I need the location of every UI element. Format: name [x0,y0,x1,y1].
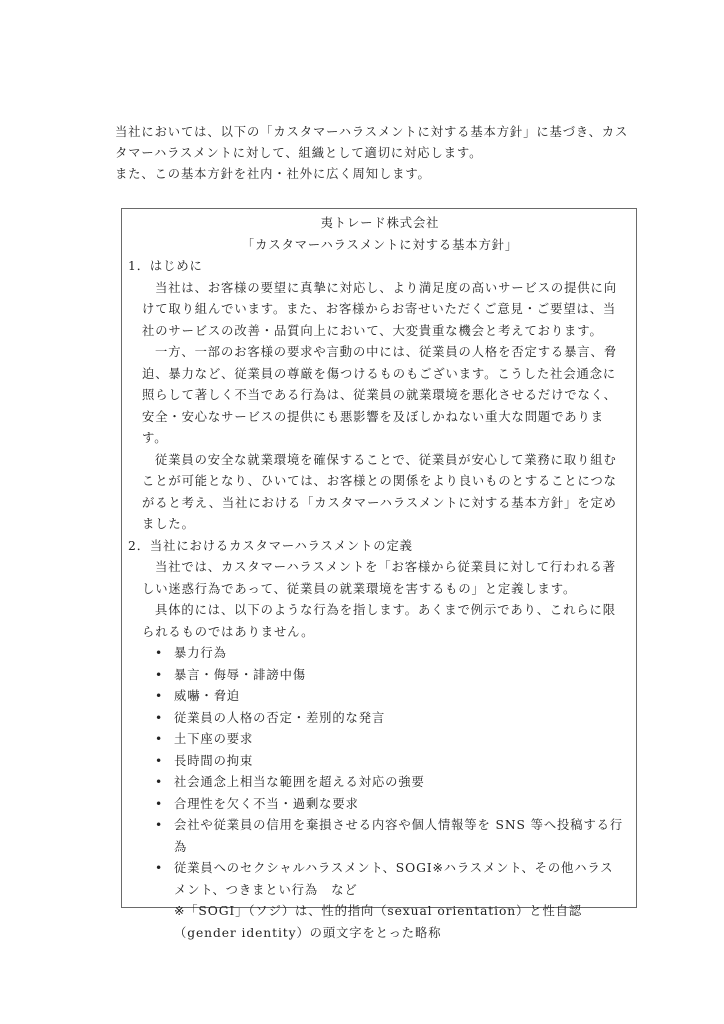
policy-title: 「カスタマーハラスメントに対する基本方針」 [122,235,638,257]
list-item-text: 暴力行為 [174,646,227,660]
bullet-icon: • [155,729,163,751]
company-name: 夷トレード株式会社 [122,213,638,235]
list-item: •長時間の拘束 [152,751,638,773]
list-item: •社会通念上相当な範囲を超える対応の強要 [152,772,638,794]
bullet-icon: • [155,751,163,773]
list-item-text: 暴言・侮辱・誹謗中傷 [174,668,306,682]
section-heading-definition: 2．当社におけるカスタマーハラスメントの定義 [122,536,638,558]
list-item-text: 長時間の拘束 [174,754,253,768]
list-item: •暴力行為 [152,643,638,665]
paragraph: 当社では、カスタマーハラスメントを「お客様から従業員に対して行われる著しい迷惑行… [122,557,638,600]
policy-box: 夷トレード株式会社 「カスタマーハラスメントに対する基本方針」 1．はじめに 当… [121,208,637,908]
list-item-text: 威嚇・脅迫 [174,689,240,703]
list-item-text: 土下座の要求 [174,732,253,746]
bullet-icon: • [155,858,163,880]
bullet-icon: • [155,686,163,708]
list-item-text: 会社や従業員の信用を棄損させる内容や個人情報等を SNS 等へ投稿する行為 [174,818,623,854]
list-item: •土下座の要求 [152,729,638,751]
list-item: •従業員へのセクシャルハラスメント、SOGI※ハラスメント、その他ハラスメント、… [152,858,638,901]
paragraph: 具体的には、以下のような行為を指します。あくまで例示であり、これらに限られるもの… [122,600,638,643]
bullet-icon: • [155,665,163,687]
bullet-icon: • [155,815,163,837]
list-item-text: 社会通念上相当な範囲を超える対応の強要 [174,775,425,789]
paragraph: 当社は、お客様の要望に真摯に対応し、より満足度の高いサービスの提供に向けて取り組… [122,278,638,343]
list-item: •威嚇・脅迫 [152,686,638,708]
section-heading-introduction: 1．はじめに [122,256,638,278]
bullet-icon: • [155,772,163,794]
bullet-icon: • [155,794,163,816]
list-item-text: 従業員へのセクシャルハラスメント、SOGI※ハラスメント、その他ハラスメント、つ… [174,861,613,897]
bullet-icon: • [155,643,163,665]
bullet-icon: • [155,708,163,730]
intro-text: 当社においては、以下の「カスタマーハラスメントに対する基本方針」に基づき、カスタ… [115,122,635,185]
intro-line: また、この基本方針を社内・社外に広く周知します。 [115,164,635,185]
sogi-footnote: ※「SOGI」（ソジ）は、性的指向（sexual orientation）と性自… [122,901,638,944]
list-item: •従業員の人格の否定・差別的な発言 [152,708,638,730]
intro-line: 当社においては、以下の「カスタマーハラスメントに対する基本方針」に基づき、カスタ… [115,122,635,164]
list-item: •合理性を欠く不当・過剰な要求 [152,794,638,816]
paragraph: 従業員の安全な就業環境を確保することで、従業員が安心して業務に取り組むことが可能… [122,450,638,536]
paragraph: 一方、一部のお客様の要求や言動の中には、従業員の人格を否定する暴言、脅迫、暴力な… [122,342,638,450]
harassment-examples-list: •暴力行為 •暴言・侮辱・誹謗中傷 •威嚇・脅迫 •従業員の人格の否定・差別的な… [122,643,638,901]
list-item: •暴言・侮辱・誹謗中傷 [152,665,638,687]
list-item-text: 合理性を欠く不当・過剰な要求 [174,797,359,811]
list-item: •会社や従業員の信用を棄損させる内容や個人情報等を SNS 等へ投稿する行為 [152,815,638,858]
list-item-text: 従業員の人格の否定・差別的な発言 [174,711,385,725]
